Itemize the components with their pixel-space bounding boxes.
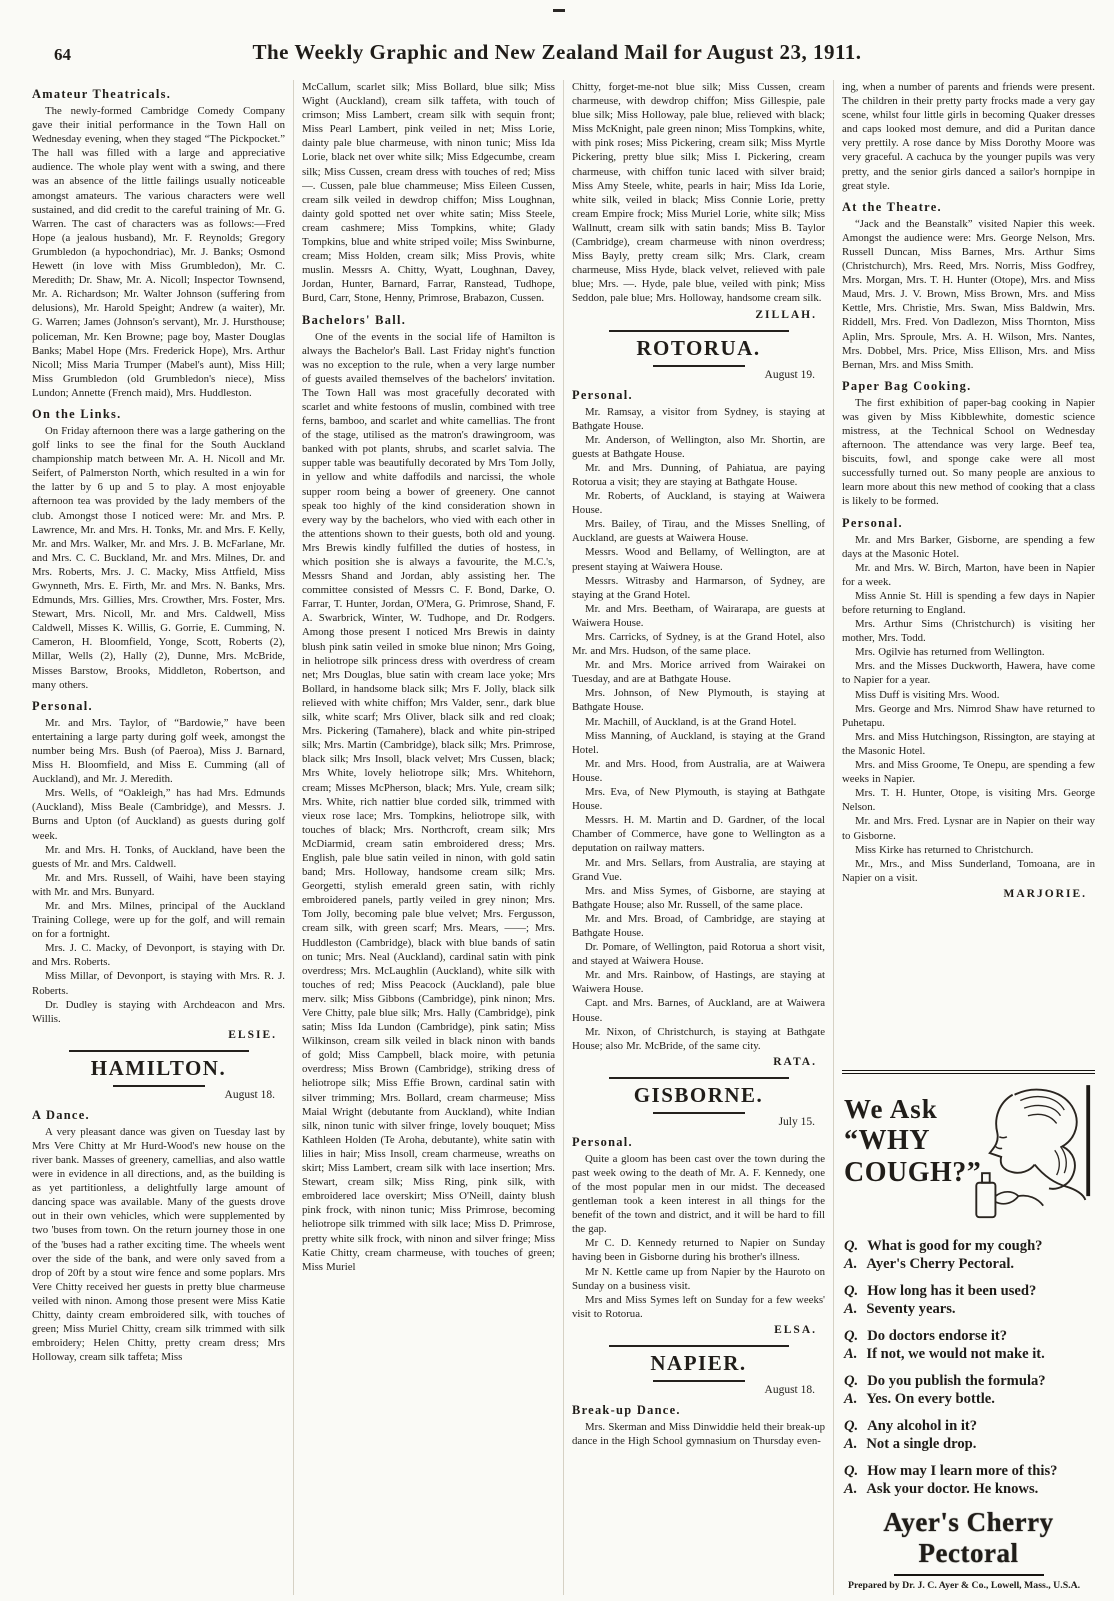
section-heading: ROTORUA.: [572, 330, 825, 367]
paragraph: Mr. and Mrs. W. Birch, Marton, have been…: [842, 561, 1095, 589]
paragraph: Mr. and Mrs. Morice arrived from Wairake…: [572, 658, 825, 686]
qa-pair: Q.Do you publish the formula?A.Yes. On e…: [844, 1372, 1093, 1408]
question-text: What is good for my cough?: [867, 1238, 1042, 1254]
ad-we-ask-text: We Ask: [844, 1094, 961, 1125]
paragraph: Messrs. H. M. Martin and D. Gardner, of …: [572, 813, 825, 855]
newspaper-page: 64 The Weekly Graphic and New Zealand Ma…: [0, 0, 1114, 1601]
q-label: Q.: [844, 1238, 858, 1254]
qa-pair: Q.Any alcohol in it?A.Not a single drop.: [844, 1417, 1093, 1453]
q-label: Q.: [844, 1283, 858, 1299]
article-heading: Break-up Dance.: [572, 1403, 825, 1418]
a-label: A.: [844, 1301, 857, 1317]
question-line: Q.How long has it been used?: [844, 1282, 1093, 1300]
section-heading: GISBORNE.: [572, 1077, 825, 1114]
masthead-title: The Weekly Graphic and New Zealand Mail …: [0, 40, 1114, 65]
answer-line: A.Ask your doctor. He knows.: [844, 1480, 1093, 1498]
section-title: NAPIER.: [572, 1351, 825, 1376]
q-label: Q.: [844, 1328, 858, 1344]
column-3: Chitty, forget-me-not blue silk; Miss Cu…: [563, 80, 833, 1595]
q-label: Q.: [844, 1373, 858, 1389]
question-text: Do you publish the formula?: [867, 1373, 1045, 1389]
rule-below: [653, 1112, 745, 1114]
rule-below: [653, 365, 745, 367]
question-line: Q.Any alcohol in it?: [844, 1417, 1093, 1435]
column-4: ing, when a number of parents and friend…: [833, 80, 1103, 1595]
ad-qa-list: Q.What is good for my cough?A.Ayer's Che…: [844, 1237, 1093, 1498]
correspondent-signature: ELSIE.: [32, 1029, 277, 1041]
a-label: A.: [844, 1481, 857, 1497]
paragraph: Mr. and Mrs. Hood, from Australia, are a…: [572, 757, 825, 785]
paragraph: Mrs. George and Mrs. Nimrod Shaw have re…: [842, 702, 1095, 730]
qa-pair: Q.How long has it been used?A.Seventy ye…: [844, 1282, 1093, 1318]
paragraph: Mrs. Ogilvie has returned from Wellingto…: [842, 645, 1095, 659]
column-1: Amateur Theatricals.The newly-formed Cam…: [24, 80, 293, 1595]
paragraph: Mr. and Mrs. Rainbow, of Hastings, are s…: [572, 968, 825, 996]
paragraph: Capt. and Mrs. Barnes, of Auckland, are …: [572, 996, 825, 1024]
paragraph: Mrs and Miss Symes left on Sunday for a …: [572, 1293, 825, 1321]
paragraph: Mrs. Carricks, of Sydney, is at the Gran…: [572, 630, 825, 658]
paragraph: One of the events in the social life of …: [302, 330, 555, 1274]
dateline: August 18.: [32, 1089, 275, 1101]
ad-brand: Ayer's Cherry Pectoral: [844, 1507, 1093, 1569]
paragraph: Mr. and Mrs. Russell, of Waihi, have bee…: [32, 871, 285, 899]
woman-with-bottle-illustration: [961, 1080, 1093, 1230]
section-title: ROTORUA.: [572, 336, 825, 361]
rule-below: [653, 1380, 745, 1382]
answer-text: Ayer's Cherry Pectoral.: [866, 1256, 1014, 1272]
ad-headline: We Ask “WHY COUGH?”: [844, 1080, 961, 1189]
paragraph: Mrs. T. H. Hunter, Otope, is visiting Mr…: [842, 786, 1095, 814]
paragraph: Mr. and Mrs. Sellars, from Australia, ar…: [572, 856, 825, 884]
q-label: Q.: [844, 1463, 858, 1479]
question-line: Q.What is good for my cough?: [844, 1237, 1093, 1255]
article-heading: Personal.: [32, 699, 285, 714]
paragraph: Mr. Anderson, of Wellington, also Mr. Sh…: [572, 433, 825, 461]
correspondent-signature: ELSA.: [572, 1324, 817, 1336]
section-heading: HAMILTON.: [32, 1050, 285, 1087]
answer-text: Ask your doctor. He knows.: [866, 1481, 1038, 1497]
question-text: How may I learn more of this?: [867, 1463, 1057, 1479]
paragraph: Mr N. Kettle came up from Napier by the …: [572, 1265, 825, 1293]
correspondent-signature: RATA.: [572, 1056, 817, 1068]
rule-above: [609, 1077, 789, 1079]
answer-text: Not a single drop.: [866, 1436, 976, 1452]
question-line: Q.How may I learn more of this?: [844, 1462, 1093, 1480]
paragraph: Mrs. and Miss Groome, Te Onepu, are spen…: [842, 758, 1095, 786]
rule-below: [113, 1085, 205, 1087]
column-3-flow: Chitty, forget-me-not blue silk; Miss Cu…: [572, 80, 825, 1595]
paragraph: Mr. Ramsay, a visitor from Sydney, is st…: [572, 405, 825, 433]
columns-area: Amateur Theatricals.The newly-formed Cam…: [24, 80, 1103, 1595]
article-heading: Personal.: [572, 1135, 825, 1150]
paragraph: Mrs. and Miss Hutchingson, Rissington, a…: [842, 730, 1095, 758]
paragraph: Miss Annie St. Hill is spending a few da…: [842, 589, 1095, 617]
paragraph: Mr. and Mrs. Fred. Lysnar are in Napier …: [842, 814, 1095, 842]
answer-line: A.Seventy years.: [844, 1300, 1093, 1318]
paragraph: Messrs. Witrasby and Harmarson, of Sydne…: [572, 574, 825, 602]
paragraph: Mr. and Mrs Barker, Gisborne, are spendi…: [842, 533, 1095, 561]
correspondent-signature: MARJORIE.: [842, 888, 1087, 900]
paragraph: The newly-formed Cambridge Comedy Compan…: [32, 104, 285, 400]
rule-above: [609, 1345, 789, 1347]
answer-line: A.If not, we would not make it.: [844, 1345, 1093, 1363]
article-heading: Bachelors' Ball.: [302, 313, 555, 328]
paragraph: Dr. Pomare, of Wellington, paid Rotorua …: [572, 940, 825, 968]
paragraph: Miss Millar, of Devonport, is staying wi…: [32, 969, 285, 997]
paragraph: Mrs. Wells, of “Oakleigh,” has had Mrs. …: [32, 786, 285, 842]
rule-above: [609, 330, 789, 332]
answer-line: A.Not a single drop.: [844, 1435, 1093, 1453]
paragraph: Mr. Roberts, of Auckland, is staying at …: [572, 489, 825, 517]
question-text: Any alcohol in it?: [867, 1418, 977, 1434]
paragraph: Miss Kirke has returned to Christchurch.: [842, 843, 1095, 857]
paragraph: Mrs. and the Misses Duckworth, Hawera, h…: [842, 659, 1095, 687]
ad-rule: [894, 1574, 1044, 1576]
article-heading: Personal.: [842, 516, 1095, 531]
article-heading: On the Links.: [32, 407, 285, 422]
answer-line: A.Yes. On every bottle.: [844, 1390, 1093, 1408]
a-label: A.: [844, 1436, 857, 1452]
paragraph: Mr C. D. Kennedy returned to Napier on S…: [572, 1236, 825, 1264]
article-heading: Amateur Theatricals.: [32, 87, 285, 102]
paragraph: Mr. and Mrs. H. Tonks, of Auckland, have…: [32, 843, 285, 871]
paragraph: Mr. and Mrs. Milnes, principal of the Au…: [32, 899, 285, 941]
column-4-flow: ing, when a number of parents and friend…: [842, 80, 1095, 1070]
question-text: How long has it been used?: [867, 1283, 1036, 1299]
answer-text: Seventy years.: [866, 1301, 955, 1317]
paragraph: Mr. and Mrs. Beetham, of Wairarapa, are …: [572, 602, 825, 630]
paragraph: Mrs. Eva, of New Plymouth, is staying at…: [572, 785, 825, 813]
paragraph: Messrs. Wood and Bellamy, of Wellington,…: [572, 545, 825, 573]
paragraph: On Friday afternoon there was a large ga…: [32, 424, 285, 692]
qa-pair: Q.How may I learn more of this?A.Ask you…: [844, 1462, 1093, 1498]
column-2-flow: McCallum, scarlet silk; Miss Bollard, bl…: [302, 80, 555, 1595]
scan-artifact: [553, 9, 565, 12]
column-2: McCallum, scarlet silk; Miss Bollard, bl…: [293, 80, 563, 1595]
paragraph: The first exhibition of paper-bag cookin…: [842, 396, 1095, 509]
ayers-cherry-pectoral-ad: We Ask “WHY COUGH?”: [842, 1070, 1095, 1595]
qa-pair: Q.What is good for my cough?A.Ayer's Che…: [844, 1237, 1093, 1273]
question-line: Q.Do you publish the formula?: [844, 1372, 1093, 1390]
paragraph: “Jack and the Beanstalk” visited Napier …: [842, 217, 1095, 372]
a-label: A.: [844, 1346, 857, 1362]
paragraph: McCallum, scarlet silk; Miss Bollard, bl…: [302, 80, 555, 306]
ad-header: We Ask “WHY COUGH?”: [844, 1080, 1093, 1230]
paragraph: Mrs. J. C. Macky, of Devonport, is stayi…: [32, 941, 285, 969]
correspondent-signature: ZILLAH.: [572, 309, 817, 321]
paragraph: Chitty, forget-me-not blue silk; Miss Cu…: [572, 80, 825, 306]
section-heading: NAPIER.: [572, 1345, 825, 1382]
paragraph: A very pleasant dance was given on Tuesd…: [32, 1125, 285, 1365]
ad-footnote: Prepared by Dr. J. C. Ayer & Co., Lowell…: [844, 1580, 1093, 1591]
section-title: HAMILTON.: [32, 1056, 285, 1081]
dateline: August 19.: [572, 369, 815, 381]
question-text: Do doctors endorse it?: [867, 1328, 1007, 1344]
article-heading: At the Theatre.: [842, 200, 1095, 215]
paragraph: Mr. and Mrs. Dunning, of Pahiatua, are p…: [572, 461, 825, 489]
dateline: July 15.: [572, 1116, 815, 1128]
article-heading: Paper Bag Cooking.: [842, 379, 1095, 394]
paragraph: Mrs. Skerman and Miss Dinwiddie held the…: [572, 1420, 825, 1448]
q-label: Q.: [844, 1418, 858, 1434]
paragraph: Mr., Mrs., and Miss Sunderland, Tomoana,…: [842, 857, 1095, 885]
paragraph: Mrs. Johnson, of New Plymouth, is stayin…: [572, 686, 825, 714]
paragraph: Miss Manning, of Auckland, is staying at…: [572, 729, 825, 757]
section-title: GISBORNE.: [572, 1083, 825, 1108]
ad-why-text: “WHY: [844, 1125, 961, 1157]
answer-line: A.Ayer's Cherry Pectoral.: [844, 1255, 1093, 1273]
ad-cough-text: COUGH?”: [844, 1157, 961, 1189]
paragraph: Mr. Machill, of Auckland, is at the Gran…: [572, 715, 825, 729]
paragraph: Quite a gloom has been cast over the tow…: [572, 1152, 825, 1237]
answer-text: If not, we would not make it.: [866, 1346, 1044, 1362]
paragraph: Mrs. and Miss Symes, of Gisborne, are st…: [572, 884, 825, 912]
paragraph: Dr. Dudley is staying with Archdeacon an…: [32, 998, 285, 1026]
paragraph: Mr. and Mrs. Broad, of Cambridge, are st…: [572, 912, 825, 940]
qa-pair: Q.Do doctors endorse it?A.If not, we wou…: [844, 1327, 1093, 1363]
page-header: 64 The Weekly Graphic and New Zealand Ma…: [0, 40, 1114, 76]
question-line: Q.Do doctors endorse it?: [844, 1327, 1093, 1345]
dateline: August 18.: [572, 1384, 815, 1396]
paragraph: Miss Duff is visiting Mrs. Wood.: [842, 688, 1095, 702]
column-1-flow: Amateur Theatricals.The newly-formed Cam…: [32, 80, 285, 1595]
paragraph: Mr. and Mrs. Taylor, of “Bardowie,” have…: [32, 716, 285, 786]
paragraph: Mr. Nixon, of Christchurch, is staying a…: [572, 1025, 825, 1053]
a-label: A.: [844, 1256, 857, 1272]
rule-above: [69, 1050, 249, 1052]
a-label: A.: [844, 1391, 857, 1407]
article-heading: Personal.: [572, 388, 825, 403]
article-heading: A Dance.: [32, 1108, 285, 1123]
answer-text: Yes. On every bottle.: [866, 1391, 994, 1407]
paragraph: ing, when a number of parents and friend…: [842, 80, 1095, 193]
paragraph: Mrs. Arthur Sims (Christchurch) is visit…: [842, 617, 1095, 645]
paragraph: Mrs. Bailey, of Tirau, and the Misses Sn…: [572, 517, 825, 545]
